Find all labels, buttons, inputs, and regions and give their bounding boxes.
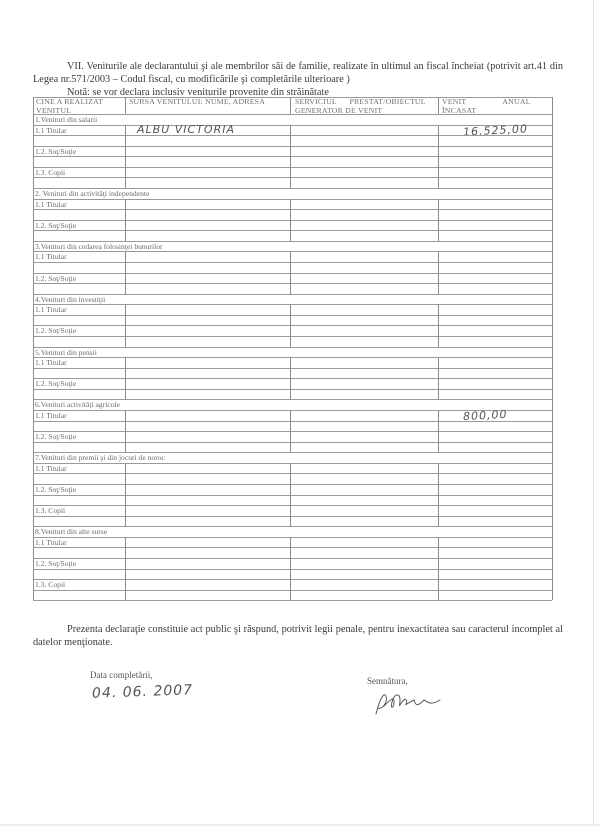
- row-label: 1.1 Titular: [35, 358, 67, 367]
- grid-column-line: [290, 537, 291, 558]
- grid-column-line: [33, 484, 34, 505]
- grid-column-line: [33, 325, 34, 346]
- row-inner-line: [33, 209, 552, 210]
- intro-paragraph: VII. Veniturile ale declarantului şi ale…: [33, 60, 563, 86]
- signature-icon: [370, 688, 460, 720]
- section-title: 3.Venituri din cedarea folosinţei bunuri…: [35, 242, 163, 251]
- row-inner-line: [33, 283, 552, 284]
- grid-column-line: [438, 410, 439, 431]
- grid-column-line: [552, 357, 553, 378]
- row-border: [33, 484, 552, 485]
- grid-column-line: [438, 537, 439, 558]
- grid-column-line: [290, 505, 291, 526]
- row-inner-line: [33, 230, 552, 231]
- grid-column-line: [290, 304, 291, 325]
- table-top-border: [33, 97, 552, 98]
- row-label: 1.2. Soţ/Soţie: [35, 432, 76, 441]
- grid-column-line: [552, 114, 553, 125]
- grid-column-line: [552, 251, 553, 272]
- row-inner-line: [33, 368, 552, 369]
- row-border: [33, 600, 552, 601]
- closing-statement: Prezenta declaraţie constituie act publi…: [33, 623, 563, 649]
- header-service: SERVICIUL PRESTAT/OBIECTUL GENERATOR DE …: [295, 98, 426, 115]
- grid-column-line: [125, 251, 126, 272]
- signature-label: Semnătura,: [367, 676, 408, 686]
- section-intro: VII. Veniturile ale declarantului şi ale…: [33, 60, 563, 99]
- row-inner-line: [33, 135, 552, 136]
- section-title: 8.Venituri din alte surse: [35, 527, 107, 536]
- grid-column-line: [290, 325, 291, 346]
- grid-column-line: [125, 484, 126, 505]
- row-label: 1.2. Soţ/Soţie: [35, 221, 76, 230]
- grid-column-line: [125, 97, 126, 114]
- row-label: 1.3. Copii: [35, 168, 65, 177]
- grid-column-line: [125, 199, 126, 220]
- row-border: [33, 579, 552, 580]
- row-inner-line: [33, 590, 552, 591]
- row-border: [33, 526, 552, 527]
- section-title-border: [33, 463, 552, 464]
- grid-column-line: [125, 125, 126, 146]
- grid-column-line: [125, 378, 126, 399]
- grid-column-line: [33, 558, 34, 579]
- row-border: [33, 220, 552, 221]
- grid-column-line: [552, 537, 553, 558]
- grid-column-line: [290, 273, 291, 294]
- grid-column-line: [552, 125, 553, 146]
- grid-column-line: [125, 304, 126, 325]
- grid-column-line: [33, 505, 34, 526]
- grid-column-line: [438, 304, 439, 325]
- grid-column-line: [33, 97, 34, 114]
- source-value: ALBU VICTORIA: [137, 123, 235, 136]
- grid-column-line: [125, 505, 126, 526]
- grid-column-line: [552, 505, 553, 526]
- section-title: 1.Venituri din salarii: [35, 115, 97, 124]
- grid-column-line: [438, 273, 439, 294]
- grid-column-line: [33, 463, 34, 484]
- grid-column-line: [552, 431, 553, 452]
- row-border: [33, 505, 552, 506]
- grid-column-line: [33, 251, 34, 272]
- grid-column-line: [33, 294, 34, 305]
- grid-column-line: [438, 505, 439, 526]
- row-inner-line: [33, 156, 552, 157]
- section-title-border: [33, 357, 552, 358]
- page-edge: [593, 0, 594, 826]
- grid-column-line: [33, 347, 34, 358]
- grid-column-line: [33, 410, 34, 431]
- grid-column-line: [125, 579, 126, 600]
- grid-column-line: [438, 357, 439, 378]
- grid-column-line: [290, 431, 291, 452]
- grid-column-line: [33, 357, 34, 378]
- section-title-border: [33, 537, 552, 538]
- grid-column-line: [33, 167, 34, 188]
- grid-column-line: [290, 199, 291, 220]
- grid-column-line: [290, 97, 291, 114]
- header-source: SURSA VENITULUI: NUME, ADRESA: [129, 98, 265, 107]
- grid-column-line: [552, 410, 553, 431]
- date-label: Data completării,: [90, 670, 152, 680]
- grid-column-line: [290, 125, 291, 146]
- grid-column-line: [33, 220, 34, 241]
- grid-column-line: [552, 304, 553, 325]
- row-label: 1.2. Soţ/Soţie: [35, 147, 76, 156]
- grid-column-line: [438, 484, 439, 505]
- grid-column-line: [33, 304, 34, 325]
- income-table: CINE A REALIZAT VENITUL SURSA VENITULUI:…: [33, 97, 552, 600]
- row-inner-line: [33, 473, 552, 474]
- row-border: [33, 325, 552, 326]
- grid-column-line: [438, 251, 439, 272]
- section-title: 6.Venituri activităţi agricole: [35, 400, 120, 409]
- grid-column-line: [290, 378, 291, 399]
- grid-column-line: [33, 526, 34, 537]
- grid-column-line: [552, 241, 553, 252]
- grid-column-line: [552, 273, 553, 294]
- date-value: 04. 06. 2007: [92, 682, 194, 702]
- grid-column-line: [552, 146, 553, 167]
- grid-column-line: [33, 114, 34, 125]
- grid-column-line: [290, 463, 291, 484]
- grid-column-line: [438, 220, 439, 241]
- grid-column-line: [438, 146, 439, 167]
- header-income: VENIT ANUAL ÎNCASAT: [442, 98, 531, 115]
- grid-column-line: [552, 484, 553, 505]
- row-label: 1.1 Titular: [35, 411, 67, 420]
- grid-column-line: [290, 410, 291, 431]
- grid-column-line: [33, 399, 34, 410]
- section-title: 4.Venituri din investiţii: [35, 295, 105, 304]
- grid-column-line: [125, 537, 126, 558]
- row-inner-line: [33, 569, 552, 570]
- grid-column-line: [33, 431, 34, 452]
- row-label: 1.1 Titular: [35, 464, 67, 473]
- grid-column-line: [552, 399, 553, 410]
- grid-column-line: [290, 220, 291, 241]
- row-label: 1.2. Soţ/Soţie: [35, 326, 76, 335]
- grid-column-line: [552, 199, 553, 220]
- row-label: 1.2. Soţ/Soţie: [35, 559, 76, 568]
- grid-column-line: [552, 220, 553, 241]
- section-title-border: [33, 199, 552, 200]
- section-title: 2. Venituri din activităţi independente: [35, 189, 149, 198]
- grid-column-line: [552, 325, 553, 346]
- row-label: 1.1 Titular: [35, 305, 67, 314]
- grid-column-line: [552, 463, 553, 484]
- grid-column-line: [125, 273, 126, 294]
- grid-column-line: [290, 167, 291, 188]
- grid-column-line: [552, 558, 553, 579]
- row-border: [33, 378, 552, 379]
- grid-column-line: [33, 125, 34, 146]
- grid-column-line: [125, 220, 126, 241]
- row-label: 1.2. Soţ/Soţie: [35, 379, 76, 388]
- grid-column-line: [438, 579, 439, 600]
- grid-column-line: [552, 347, 553, 358]
- row-label: 1.1 Titular: [35, 252, 67, 261]
- grid-column-line: [125, 558, 126, 579]
- row-label: 1.3. Copii: [35, 506, 65, 515]
- grid-column-line: [125, 146, 126, 167]
- grid-column-line: [552, 452, 553, 463]
- grid-column-line: [125, 167, 126, 188]
- header-bottom-border: [33, 114, 552, 115]
- row-label: 1.1 Titular: [35, 126, 67, 135]
- grid-column-line: [125, 431, 126, 452]
- grid-column-line: [438, 325, 439, 346]
- section-title: 7.Venituri din premii şi din jocuri de n…: [35, 453, 165, 462]
- grid-column-line: [33, 579, 34, 600]
- grid-column-line: [33, 188, 34, 199]
- grid-column-line: [552, 97, 553, 114]
- grid-column-line: [290, 484, 291, 505]
- row-border: [33, 273, 552, 274]
- grid-column-line: [33, 273, 34, 294]
- grid-column-line: [290, 251, 291, 272]
- grid-column-line: [438, 199, 439, 220]
- row-inner-line: [33, 421, 552, 422]
- grid-column-line: [290, 357, 291, 378]
- grid-column-line: [33, 537, 34, 558]
- grid-column-line: [552, 167, 553, 188]
- row-inner-line: [33, 177, 552, 178]
- grid-column-line: [438, 378, 439, 399]
- grid-column-line: [33, 452, 34, 463]
- row-inner-line: [33, 389, 552, 390]
- row-label: 1.3. Copii: [35, 580, 65, 589]
- grid-column-line: [33, 146, 34, 167]
- row-border: [33, 558, 552, 559]
- grid-column-line: [438, 97, 439, 114]
- grid-column-line: [33, 199, 34, 220]
- grid-column-line: [552, 188, 553, 199]
- row-border: [33, 167, 552, 168]
- grid-column-line: [552, 579, 553, 600]
- grid-column-line: [290, 558, 291, 579]
- row-inner-line: [33, 547, 552, 548]
- row-label: 1.2. Soţ/Soţie: [35, 485, 76, 494]
- grid-column-line: [438, 125, 439, 146]
- grid-column-line: [125, 463, 126, 484]
- grid-column-line: [33, 241, 34, 252]
- grid-column-line: [33, 378, 34, 399]
- row-border: [33, 294, 552, 295]
- grid-column-line: [125, 325, 126, 346]
- grid-column-line: [125, 410, 126, 431]
- grid-column-line: [438, 431, 439, 452]
- row-inner-line: [33, 495, 552, 496]
- grid-column-line: [438, 463, 439, 484]
- row-inner-line: [33, 315, 552, 316]
- section-title-border: [33, 251, 552, 252]
- grid-column-line: [552, 526, 553, 537]
- grid-column-line: [290, 579, 291, 600]
- row-inner-line: [33, 516, 552, 517]
- header-who: CINE A REALIZAT VENITUL: [36, 98, 103, 115]
- row-border: [33, 431, 552, 432]
- row-inner-line: [33, 262, 552, 263]
- row-label: 1.1 Titular: [35, 538, 67, 547]
- row-inner-line: [33, 336, 552, 337]
- grid-column-line: [125, 357, 126, 378]
- row-inner-line: [33, 442, 552, 443]
- row-label: 1.2. Soţ/Soţie: [35, 274, 76, 283]
- section-title: 5.Venituri din pensii: [35, 348, 97, 357]
- grid-column-line: [438, 558, 439, 579]
- section-title-border: [33, 304, 552, 305]
- grid-column-line: [438, 167, 439, 188]
- row-border: [33, 347, 552, 348]
- grid-column-line: [552, 294, 553, 305]
- row-border: [33, 146, 552, 147]
- row-label: 1.1 Titular: [35, 200, 67, 209]
- grid-column-line: [552, 378, 553, 399]
- grid-column-line: [290, 146, 291, 167]
